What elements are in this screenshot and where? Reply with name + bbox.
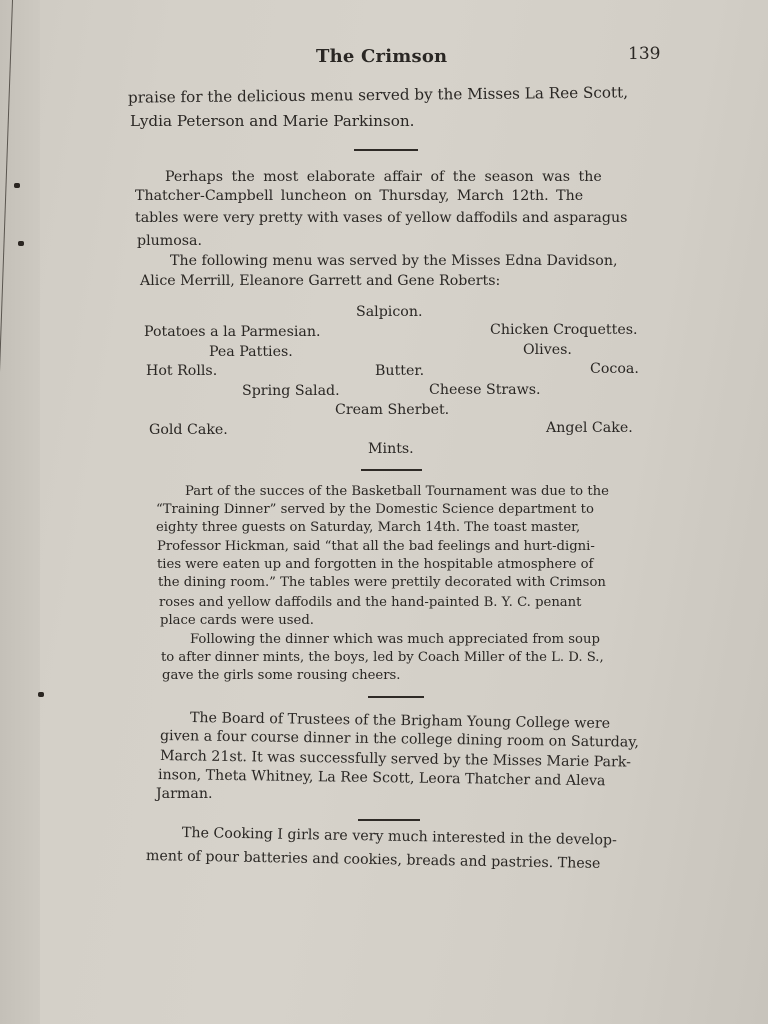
text-line: to after dinner mints, the boys, led by … [161,651,604,664]
menu-item: Cream Sherbet. [335,402,449,418]
menu-item: Chicken Croquettes. [490,322,638,338]
text-line: “Training Dinner” served by the Domestic… [156,503,594,516]
text-line: Thatcher-Campbell luncheon on Thursday, … [135,189,583,203]
text-line: given a four course dinner in the colleg… [160,729,639,750]
text-line: place cards were used. [160,614,314,627]
text-line: Alice Merrill, Eleanore Garrett and Gene… [140,274,500,288]
text-line: Jarman. [156,787,213,801]
text-line: The Board of Trustees of the Brigham You… [190,711,610,731]
text-line: Part of the succes of the Basketball Tou… [185,485,609,498]
section-divider [354,149,418,151]
text-line: Professor Hickman, said “that all the ba… [157,540,595,553]
text-line: The Cooking I girls are very much intere… [182,826,617,848]
text-line: plumosa. [137,234,202,248]
section-divider [358,819,420,821]
staple-mark [38,692,44,697]
text-line: gave the girls some rousing cheers. [162,669,401,682]
menu-item: Potatoes a la Parmesian. [144,324,321,340]
menu-item: Mints. [368,441,414,457]
scanned-page: The Crimson 139 praise for the delicious… [0,0,768,1024]
staple-mark [14,183,20,188]
text-line: Following the dinner which was much appr… [190,633,600,646]
text-line: Perhaps the most elaborate affair of the… [165,170,602,184]
menu-item: Salpicon. [356,304,422,320]
text-line: inson, Theta Whitney, La Ree Scott, Leor… [158,768,606,788]
text-line: roses and yellow daffodils and the hand-… [159,596,581,609]
text-line: the dining room.” The tables were pretti… [158,576,606,589]
text-line: praise for the delicious menu served by … [128,85,628,105]
section-divider [368,696,424,698]
menu-item: Cheese Straws. [429,382,541,398]
page-header: The Crimson 139 [0,44,768,68]
staple-mark [18,241,24,246]
menu-item: Angel Cake. [546,420,633,436]
page-title: The Crimson [316,46,447,67]
menu-item: Butter. [375,363,424,379]
text-line: ment of pour batteries and cookies, brea… [146,849,601,871]
section-divider [361,469,422,471]
text-line: ties were eaten up and forgotten in the … [157,558,593,571]
menu-item: Cocoa. [590,361,639,377]
text-line: tables were very pretty with vases of ye… [135,211,627,225]
menu-item: Gold Cake. [149,422,228,438]
text-line: Lydia Peterson and Marie Parkinson. [130,114,414,129]
text-line: eighty three guests on Saturday, March 1… [156,521,580,534]
menu-item: Spring Salad. [242,383,340,399]
menu-item: Pea Patties. [209,344,293,360]
menu-item: Olives. [523,342,572,358]
menu-item: Hot Rolls. [146,363,217,379]
text-line: The following menu was served by the Mis… [170,254,617,268]
page-number: 139 [628,44,660,64]
text-line: March 21st. It was successfully served b… [160,749,631,770]
